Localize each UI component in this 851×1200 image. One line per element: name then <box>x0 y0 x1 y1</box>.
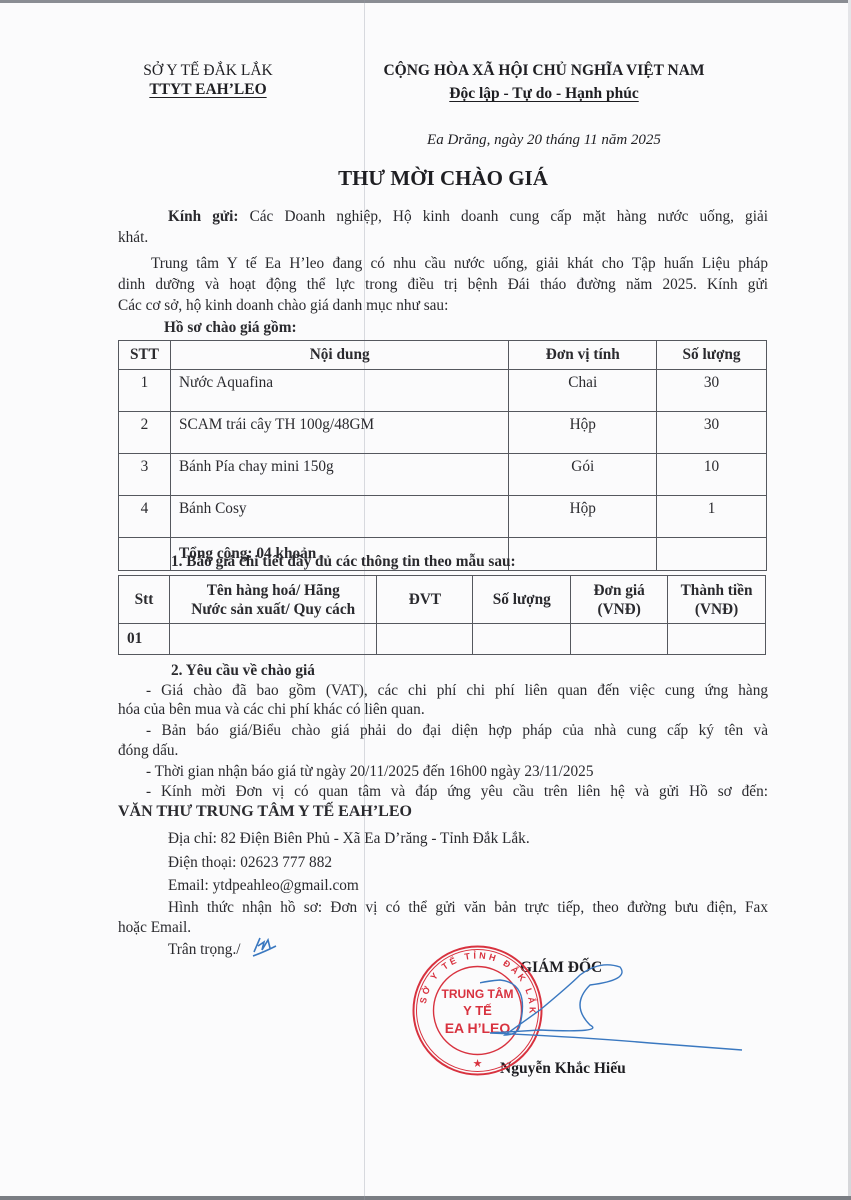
agency-unit-text: TTYT EAH’LEO <box>149 81 266 98</box>
contact-office: VĂN THƯ TRUNG TÂM Y TẾ EAH’LEO <box>118 802 768 822</box>
document-title: THƯ MỜI CHÀO GIÁ <box>118 166 768 191</box>
cell-stt: 4 <box>119 496 171 538</box>
cell-content: Bánh Pía chay mini 150g <box>170 454 508 496</box>
cell-content: SCAM trái cây TH 100g/48GM <box>170 412 508 454</box>
col-stt: STT <box>119 341 171 370</box>
col-qty: Số lượng <box>657 341 767 370</box>
contact-phone: Điện thoại: 02623 777 882 <box>118 853 818 873</box>
requirement-4: - Kính mời Đơn vị có quan tâm và đáp ứng… <box>118 782 768 802</box>
cell-stt: 1 <box>119 370 171 412</box>
cell-product <box>169 624 377 655</box>
col-product-line1: Tên hàng hoá/ Hãng <box>178 581 369 600</box>
col-unit: Đơn vị tính <box>509 341 657 370</box>
cell-content: Bánh Cosy <box>170 496 508 538</box>
scan-edge-bottom <box>0 1196 851 1200</box>
agency-name: SỞ Y TẾ ĐẮK LẮK <box>118 61 298 80</box>
col-product-line2: Nước sản xuất/ Quy cách <box>178 600 369 619</box>
cell-stt: 3 <box>119 454 171 496</box>
cell-qty: 30 <box>657 370 767 412</box>
cell-stt: 01 <box>119 624 170 655</box>
section-1-heading: 1. Báo giá chi tiết đầy đủ các thông tin… <box>118 552 821 572</box>
cell-content: Nước Aquafina <box>170 370 508 412</box>
intro-line-3: Các cơ sở, hộ kinh doanh chào giá danh m… <box>118 296 768 316</box>
place-date: Ea Drăng, ngày 20 tháng 11 năm 2025 <box>340 131 748 150</box>
cell-unit: Gói <box>509 454 657 496</box>
contact-address: Địa chỉ: 82 Điện Biên Phủ - Xã Ea D’răng… <box>118 829 818 849</box>
cell-unit <box>377 624 473 655</box>
table-row: 3 Bánh Pía chay mini 150g Gói 10 <box>119 454 767 496</box>
handwritten-signature-icon <box>480 955 750 1065</box>
items-table: STT Nội dung Đơn vị tính Số lượng 1 Nước… <box>118 340 767 571</box>
cell-qty: 10 <box>657 454 767 496</box>
cell-unit: Hộp <box>509 412 657 454</box>
cell-qty <box>473 624 571 655</box>
col-amount-line1: Thành tiền <box>676 581 757 600</box>
col-amount-line2: (VNĐ) <box>676 600 757 619</box>
greeting-line-2: khát. <box>118 228 768 248</box>
quote-form-table: Stt Tên hàng hoá/ HãngNước sản xuất/ Quy… <box>118 575 766 655</box>
col-unit-price-line1: Đơn giá <box>579 581 659 600</box>
col-content: Nội dung <box>170 341 508 370</box>
col-amount: Thành tiền(VNĐ) <box>668 576 766 624</box>
col-unit: ĐVT <box>377 576 473 624</box>
submission-method-line-2: hoặc Email. <box>118 918 768 938</box>
requirement-1-line-2: hóa của bên mua và các chi phí khác có l… <box>118 700 768 720</box>
col-qty: Số lượng <box>473 576 571 624</box>
national-title: CỘNG HÒA XÃ HỘI CHỦ NGHĨA VIỆT NAM <box>340 61 748 80</box>
agency-unit: TTYT EAH’LEO <box>118 80 298 99</box>
cell-unit-price <box>571 624 668 655</box>
table-row: 2 SCAM trái cây TH 100g/48GM Hộp 30 <box>119 412 767 454</box>
national-motto-text: Độc lập - Tự do - Hạnh phúc <box>449 85 638 102</box>
items-table-header: STT Nội dung Đơn vị tính Số lượng <box>119 341 767 370</box>
contact-email: Email: ytdpeahleo@gmail.com <box>118 876 818 896</box>
requirement-2-line-2: đóng dấu. <box>118 741 768 761</box>
table-row: 4 Bánh Cosy Hộp 1 <box>119 496 767 538</box>
greeting-label: Kính gửi: <box>168 208 238 225</box>
initials-signature-icon <box>250 932 278 960</box>
greeting-text: Các Doanh nghiệp, Hộ kinh doanh cung cấp… <box>238 208 768 225</box>
col-stt: Stt <box>119 576 170 624</box>
cell-qty: 1 <box>657 496 767 538</box>
quote-form-header: Stt Tên hàng hoá/ HãngNước sản xuất/ Quy… <box>119 576 766 624</box>
requirement-3: - Thời gian nhận báo giá từ ngày 20/11/2… <box>118 762 796 782</box>
cell-unit: Hộp <box>509 496 657 538</box>
scan-edge-top <box>0 0 851 3</box>
greeting-line: Kính gửi: Các Doanh nghiệp, Hộ kinh doan… <box>118 207 768 227</box>
national-motto: Độc lập - Tự do - Hạnh phúc <box>340 84 748 103</box>
requirement-2-line-1: - Bản báo giá/Biểu chào giá phải do đại … <box>118 721 768 741</box>
cell-qty: 30 <box>657 412 767 454</box>
table-row: 01 <box>119 624 766 655</box>
intro-line-1: Trung tâm Y tế Ea H’leo đang có nhu cầu … <box>118 254 768 274</box>
section-2-heading: 2. Yêu cầu về chào giá <box>118 661 821 681</box>
col-unit-price: Đơn giá(VNĐ) <box>571 576 668 624</box>
intro-line-2: dinh dưỡng và hoạt động thể lực trong đi… <box>118 275 768 295</box>
dossier-heading: Hồ sơ chào giá gồm: <box>118 318 814 338</box>
cell-amount <box>668 624 766 655</box>
submission-method-line-1: Hình thức nhận hồ sơ: Đơn vị có thể gửi … <box>118 898 768 918</box>
requirement-1-line-1: - Giá chào đã bao gồm (VAT), các chi phí… <box>118 681 768 701</box>
col-product: Tên hàng hoá/ HãngNước sản xuất/ Quy các… <box>169 576 377 624</box>
col-unit-price-line2: (VNĐ) <box>579 600 659 619</box>
cell-stt: 2 <box>119 412 171 454</box>
table-row: 1 Nước Aquafina Chai 30 <box>119 370 767 412</box>
cell-unit: Chai <box>509 370 657 412</box>
